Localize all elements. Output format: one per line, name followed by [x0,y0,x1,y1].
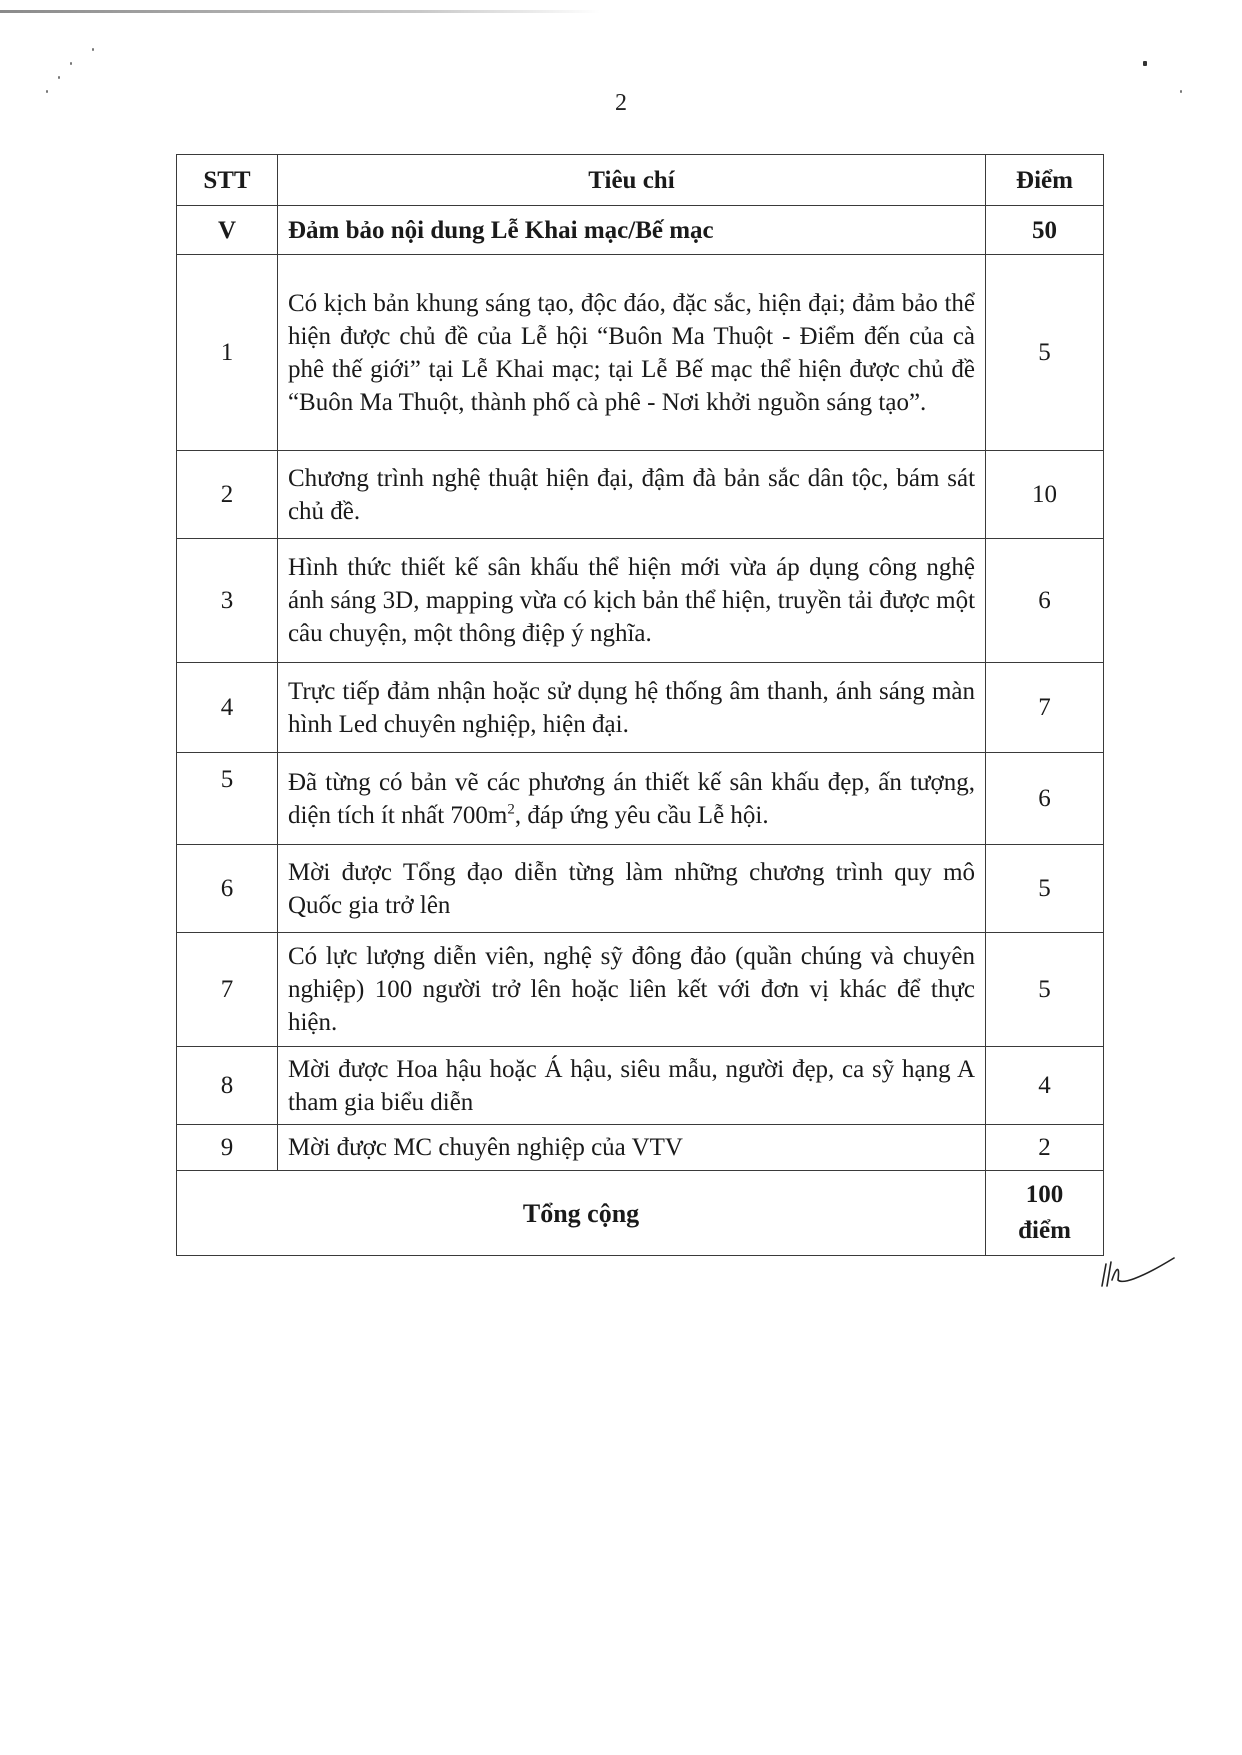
row-stt: 3 [177,539,278,663]
initials-signature-icon [1098,1250,1178,1290]
row-points: 6 [986,539,1104,663]
section-stt: V [177,206,278,255]
header-stt: STT [177,155,278,206]
row-stt: 4 [177,663,278,753]
row-criterion: Hình thức thiết kế sân khấu thể hiện mới… [277,539,985,663]
table-row: 9 Mời được MC chuyên nghiệp của VTV 2 [177,1125,1104,1171]
row-points: 4 [986,1047,1104,1125]
row-points: 7 [986,663,1104,753]
superscript: 2 [507,801,515,817]
table-row: 4 Trực tiếp đảm nhận hoặc sử dụng hệ thố… [177,663,1104,753]
section-title: Đảm bảo nội dung Lễ Khai mạc/Bế mạc [277,206,985,255]
row-criterion-text-tail: , đáp ứng yêu cầu Lễ hội. [515,802,769,829]
row-criterion: Có kịch bản khung sáng tạo, độc đáo, đặc… [277,255,985,451]
row-stt: 5 [177,753,278,845]
row-stt: 9 [177,1125,278,1171]
total-points: 100điểm [986,1171,1104,1256]
row-criterion: Trực tiếp đảm nhận hoặc sử dụng hệ thống… [277,663,985,753]
total-row: Tổng cộng 100điểm [177,1171,1104,1256]
page-number: 2 [0,90,1242,117]
total-points-value: 100 [1026,1181,1064,1208]
row-criterion: Có lực lượng diễn viên, nghệ sỹ đông đảo… [277,933,985,1047]
row-criterion: Mời được Tổng đạo diễn từng làm những ch… [277,845,985,933]
scan-speck [92,48,94,51]
row-stt: 1 [177,255,278,451]
scan-speck [1143,61,1147,66]
row-points: 2 [986,1125,1104,1171]
row-criterion: Chương trình nghệ thuật hiện đại, đậm đà… [277,451,985,539]
row-criterion: Mời được Hoa hậu hoặc Á hậu, siêu mẫu, n… [277,1047,985,1125]
row-points: 10 [986,451,1104,539]
row-points: 6 [986,753,1104,845]
scan-speck [70,62,72,65]
table-row: 6 Mời được Tổng đạo diễn từng làm những … [177,845,1104,933]
section-points: 50 [986,206,1104,255]
row-stt: 7 [177,933,278,1047]
row-points: 5 [986,255,1104,451]
table-row: 3 Hình thức thiết kế sân khấu thể hiện m… [177,539,1104,663]
scan-edge-artifact [0,10,600,13]
table-row: 2 Chương trình nghệ thuật hiện đại, đậm … [177,451,1104,539]
table-row: 7 Có lực lượng diễn viên, nghệ sỹ đông đ… [177,933,1104,1047]
header-points: Điểm [986,155,1104,206]
table-header-row: STT Tiêu chí Điểm [177,155,1104,206]
row-stt: 6 [177,845,278,933]
section-row: V Đảm bảo nội dung Lễ Khai mạc/Bế mạc 50 [177,206,1104,255]
row-stt: 2 [177,451,278,539]
table-row: 1 Có kịch bản khung sáng tạo, độc đáo, đ… [177,255,1104,451]
row-criterion: Mời được MC chuyên nghiệp của VTV [277,1125,985,1171]
row-points: 5 [986,845,1104,933]
criteria-table: STT Tiêu chí Điểm V Đảm bảo nội dung Lễ … [176,154,1104,1256]
header-criterion: Tiêu chí [277,155,985,206]
total-points-unit: điểm [1018,1217,1071,1244]
total-label: Tổng cộng [177,1171,986,1256]
row-criterion: Đã từng có bản vẽ các phương án thiết kế… [277,753,985,845]
table-row: 8 Mời được Hoa hậu hoặc Á hậu, siêu mẫu,… [177,1047,1104,1125]
scan-speck [58,76,60,79]
table-row: 5 Đã từng có bản vẽ các phương án thiết … [177,753,1104,845]
row-stt: 8 [177,1047,278,1125]
row-points: 5 [986,933,1104,1047]
